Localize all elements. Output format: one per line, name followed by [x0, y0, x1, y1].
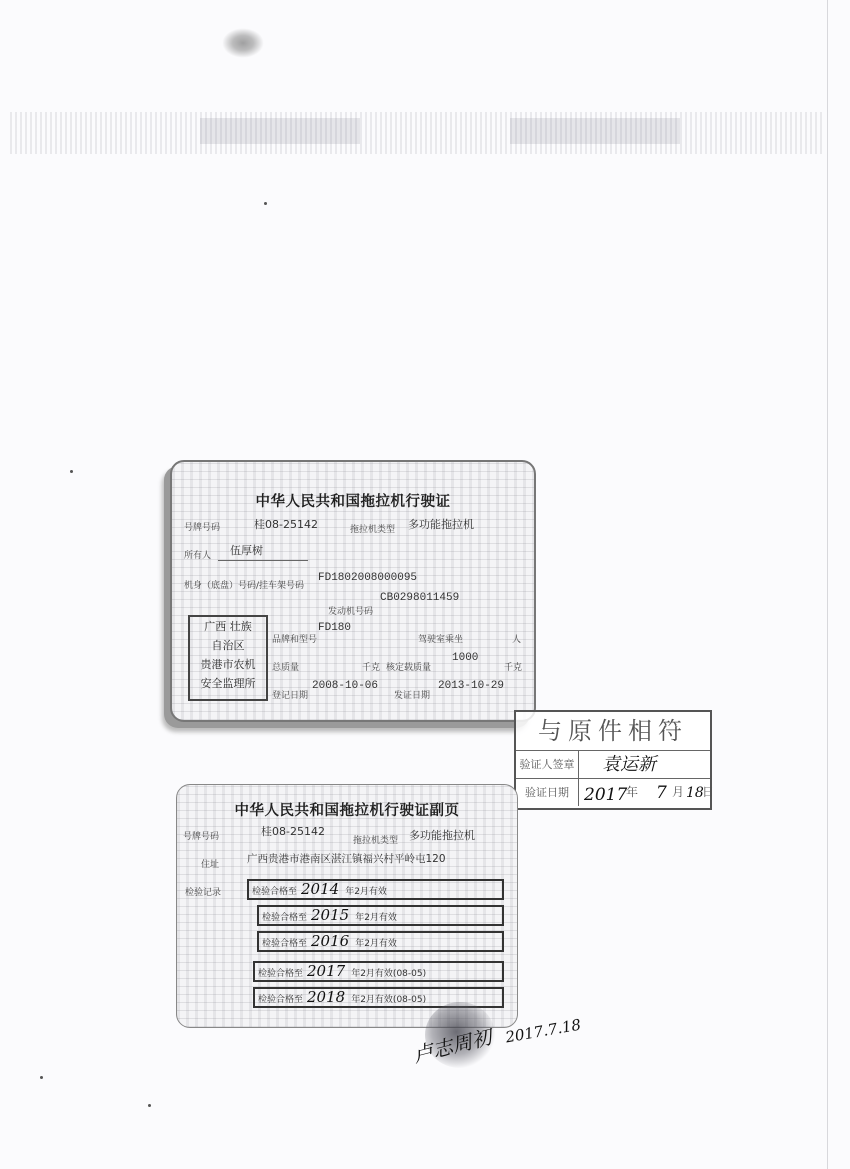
- record-printed-text: 检验合格至: [252, 887, 297, 897]
- record-month-text: 年2月有效(08-05): [351, 969, 426, 979]
- record-month-text: 年2月有效(08-05): [351, 995, 426, 1005]
- seal-line: 自治区: [190, 636, 266, 655]
- year-unit: 年: [626, 779, 638, 806]
- page-edge: [827, 0, 828, 1169]
- stamp-title: 与原件相符: [516, 712, 710, 751]
- inspection-record-row: 检验合格至2015年2月有效: [257, 905, 504, 926]
- record-printed-text: 检验合格至: [258, 995, 303, 1005]
- engine-label: 发动机号码: [328, 604, 373, 617]
- owner-value: 伍厚树: [230, 542, 263, 558]
- record-printed-text: 检验合格至: [258, 969, 303, 979]
- issue-date-label: 发证日期: [394, 688, 430, 701]
- verify-month: 7: [656, 780, 667, 807]
- address-label: 住址: [201, 857, 219, 870]
- issue-date-value: 2013-10-29: [438, 680, 504, 692]
- records-label: 检验记录: [185, 885, 221, 898]
- ink-smudge: [222, 28, 264, 58]
- issuing-authority-seal: 广西 壮族 自治区 贵港市农机 安全监理所: [188, 615, 268, 701]
- tractor-license-card: 中华人民共和国拖拉机行驶证 号牌号码 桂08-25142 拖拉机类型 多功能拖拉…: [170, 460, 536, 722]
- total-mass-unit: 千克: [362, 660, 380, 673]
- model-value: FD180: [318, 622, 351, 634]
- rated-load-value: 1000: [452, 652, 478, 664]
- seal-line: 广西 壮族: [190, 617, 266, 636]
- speck: [40, 1076, 43, 1079]
- total-mass-label: 总质量: [272, 660, 299, 673]
- owner-label: 所有人: [184, 548, 211, 561]
- seal-line: 贵港市农机: [190, 655, 266, 674]
- day-unit: 日: [702, 779, 714, 806]
- register-date-label: 登记日期: [272, 688, 308, 701]
- inspection-record-row: 检验合格至2014年2月有效: [247, 879, 504, 900]
- verifier-label: 验证人签章: [516, 751, 579, 778]
- model-label: 品牌和型号: [272, 632, 317, 645]
- verify-year: 2017: [584, 782, 627, 809]
- record-year: 2016: [311, 932, 349, 950]
- record-month-text: 年2月有效: [355, 913, 397, 923]
- driver-seats-label: 驾驶室乘坐: [418, 632, 463, 645]
- record-month-text: 年2月有效: [345, 887, 387, 897]
- record-year: 2014: [301, 880, 339, 898]
- supp-plate-label: 号牌号码: [183, 829, 219, 842]
- record-printed-text: 检验合格至: [262, 939, 307, 949]
- month-unit: 月: [672, 779, 684, 806]
- bleed-through-band: [10, 112, 825, 154]
- inspection-record-row: 检验合格至2016年2月有效: [257, 931, 504, 952]
- license-title: 中华人民共和国拖拉机行驶证: [172, 490, 534, 511]
- record-printed-text: 检验合格至: [262, 913, 307, 923]
- seal-line: 安全监理所: [190, 674, 266, 693]
- supp-type-label: 拖拉机类型: [353, 833, 398, 846]
- register-date-value: 2008-10-06: [312, 680, 378, 692]
- supp-plate-value: 桂08-25142: [261, 823, 325, 839]
- record-month-text: 年2月有效: [355, 939, 397, 949]
- record-year: 2017: [307, 962, 345, 980]
- inspection-record-row: 检验合格至2017年2月有效(08-05): [253, 961, 504, 982]
- tractor-license-supplement-card: 中华人民共和国拖拉机行驶证副页 号牌号码 桂08-25142 拖拉机类型 多功能…: [176, 784, 518, 1028]
- engine-value: CB0298011459: [380, 592, 459, 604]
- type-label: 拖拉机类型: [350, 522, 395, 535]
- plate-value: 桂08-25142: [254, 516, 318, 532]
- rated-load-label: 核定载质量: [386, 660, 431, 673]
- driver-seats-unit: 人: [512, 632, 521, 645]
- rated-load-unit: 千克: [504, 660, 522, 673]
- record-year: 2018: [307, 988, 345, 1006]
- record-year: 2015: [311, 906, 349, 924]
- address-value: 广西贵港市港南区湛江镇福兴村平岭屯120: [247, 851, 446, 866]
- chassis-value: FD1802008000095: [318, 572, 417, 584]
- chassis-label: 机身（底盘）号码/挂车架号码: [184, 578, 304, 591]
- plate-label: 号牌号码: [184, 520, 220, 533]
- speck: [264, 202, 267, 205]
- speck: [148, 1104, 151, 1107]
- type-value: 多功能拖拉机: [408, 516, 474, 532]
- verification-stamp: 与原件相符 验证人签章 袁运新 验证日期 2017 年 7 月 18 日: [514, 710, 712, 810]
- verifier-signature: 袁运新: [602, 751, 656, 778]
- verify-date-label: 验证日期: [516, 779, 579, 806]
- speck: [70, 470, 73, 473]
- supp-type-value: 多功能拖拉机: [409, 827, 475, 843]
- supplement-title: 中华人民共和国拖拉机行驶证副页: [177, 799, 517, 820]
